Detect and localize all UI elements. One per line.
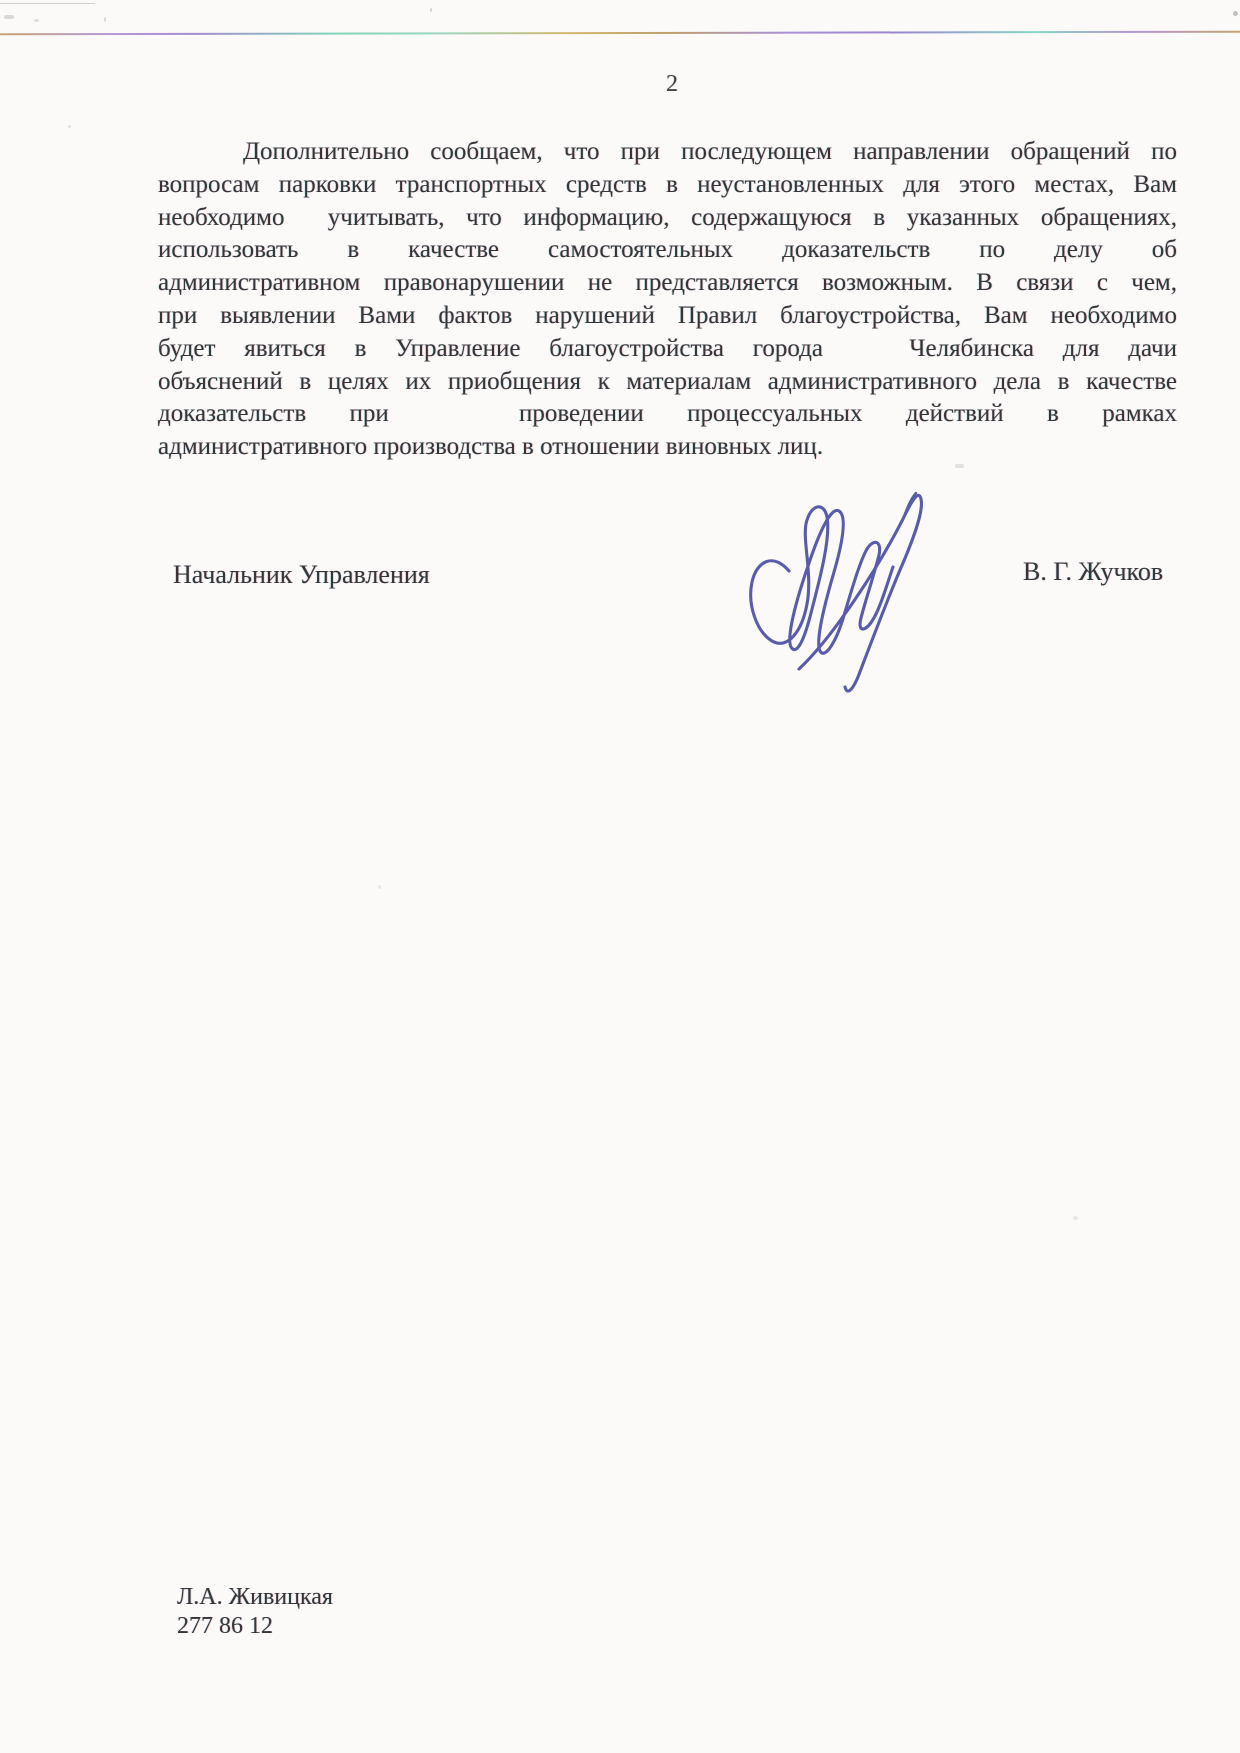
scan-artifact-line	[0, 31, 1240, 36]
scan-speck	[4, 15, 14, 19]
paragraph-line: административном правонарушении не предс…	[158, 267, 1177, 300]
paragraph-line: объяснений в целях их приобщения к матер…	[158, 366, 1177, 399]
scan-speck	[1073, 1216, 1078, 1220]
paragraph-line: использовать в качестве самостоятельных …	[158, 234, 1177, 267]
scan-speck	[104, 17, 106, 22]
paragraph-line: Дополнительно сообщаем, что при последую…	[158, 136, 1177, 169]
scan-speck	[430, 8, 432, 12]
executor-name: Л.А. Живицкая	[177, 1583, 333, 1612]
scan-speck	[34, 19, 39, 22]
paragraph-line: необходимо учитывать, что информацию, со…	[158, 202, 1177, 235]
scan-artifact-edge	[0, 3, 95, 4]
position-title: Начальник Управления	[173, 560, 430, 590]
paragraph-line: вопросам парковки транспортных средств в…	[158, 169, 1177, 202]
paragraph-line: будет явиться в Управление благоустройст…	[158, 333, 1177, 366]
body-paragraph: Дополнительно сообщаем, что при последую…	[158, 136, 1177, 464]
paragraph-line: административного производства в отношен…	[158, 431, 1177, 464]
handwritten-signature	[738, 428, 960, 710]
page-number: 2	[666, 71, 678, 98]
scan-speck	[1233, 11, 1238, 16]
scan-speck	[68, 125, 71, 128]
scanned-letter-page: 2 Дополнительно сообщаем, что при послед…	[0, 0, 1240, 1753]
signer-name: В. Г. Жучков	[1023, 557, 1163, 587]
footer-block: Л.А. Живицкая 277 86 12	[177, 1583, 333, 1641]
paragraph-line: доказательств при проведении процессуаль…	[158, 398, 1177, 431]
executor-phone: 277 86 12	[177, 1612, 333, 1641]
paragraph-line: при выявлении Вами фактов нарушений Прав…	[158, 300, 1177, 333]
scan-speck	[378, 885, 381, 889]
